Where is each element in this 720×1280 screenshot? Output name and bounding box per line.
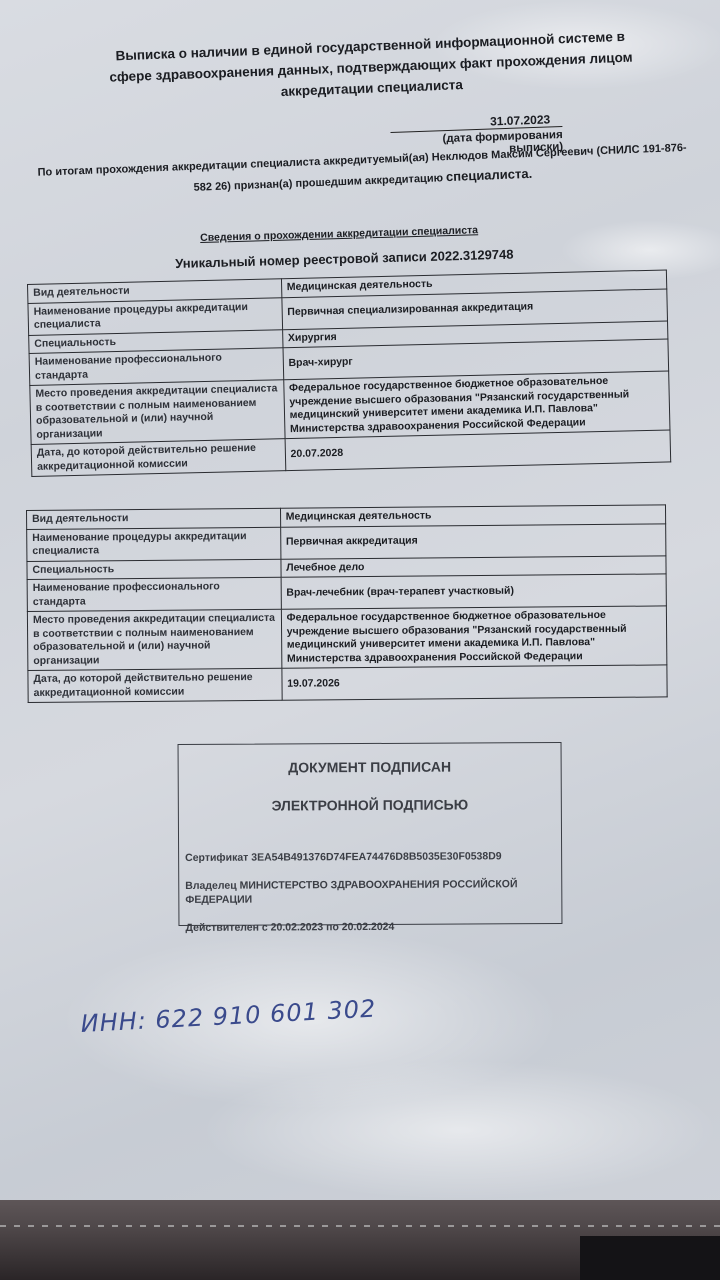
- row-label: Специальность: [27, 559, 281, 580]
- glare: [200, 1060, 720, 1200]
- intro-text: По итогам прохождения аккредитации специ…: [37, 142, 686, 194]
- intro-tail: специалиста.: [446, 166, 533, 184]
- row-label: Вид деятельности: [27, 508, 281, 529]
- row-value: Федеральное государственное бюджетное об…: [283, 371, 670, 439]
- row-label: Наименование профессионального стандарта: [27, 577, 281, 611]
- row-label: Место проведения аккредитации специалист…: [30, 380, 285, 445]
- row-label: Наименование процедуры аккредитации спец…: [27, 527, 281, 561]
- row-label: Дата, до которой действительно решение а…: [31, 439, 285, 477]
- table-row: Место проведения аккредитации специалист…: [27, 606, 666, 671]
- signature-heading-1: ДОКУМЕНТ ПОДПИСАН: [179, 751, 561, 783]
- section-title: Сведения о прохождении аккредитации спец…: [200, 224, 478, 244]
- row-value: 19.07.2026: [282, 665, 668, 700]
- signature-heading-2: ЭЛЕКТРОННОЙ ПОДПИСЬЮ: [179, 789, 561, 821]
- signature-validity: Действителен с 20.02.2023 по 20.02.2024: [179, 919, 561, 935]
- background-surface: [580, 1236, 720, 1280]
- signature-owner: Владелец МИНИСТЕРСТВО ЗДРАВООХРАНЕНИЯ РО…: [179, 877, 561, 907]
- row-value: Федеральное государственное бюджетное об…: [281, 606, 667, 668]
- row-value: Врач-лечебник (врач-терапевт участковый): [281, 574, 667, 609]
- row-label: Место проведения аккредитации специалист…: [27, 609, 281, 670]
- document-sheet: Выписка о наличии в единой государственн…: [0, 0, 720, 1215]
- document-title: Выписка о наличии в единой государственн…: [100, 25, 642, 109]
- electronic-signature-stamp: ДОКУМЕНТ ПОДПИСАН ЭЛЕКТРОННОЙ ПОДПИСЬЮ С…: [178, 742, 563, 926]
- row-value: Первичная аккредитация: [280, 523, 666, 558]
- registry-number: Уникальный номер реестровой записи 2022.…: [175, 247, 514, 271]
- signature-certificate: Сертификат 3EA54B491376D74FEA74476D8B503…: [179, 849, 561, 865]
- row-label: Дата, до которой действительно решение а…: [28, 668, 282, 702]
- intro-paragraph: По итогам прохождения аккредитации специ…: [32, 138, 693, 204]
- accreditation-table-1: Вид деятельности Медицинская деятельност…: [27, 269, 671, 476]
- handwritten-inn-note: ИНН: 622 910 601 302: [80, 995, 377, 1038]
- binder-perforation: [0, 1225, 720, 1227]
- table-row: Дата, до которой действительно решение а…: [28, 665, 667, 703]
- accreditation-table-2: Вид деятельности Медицинская деятельност…: [26, 504, 668, 703]
